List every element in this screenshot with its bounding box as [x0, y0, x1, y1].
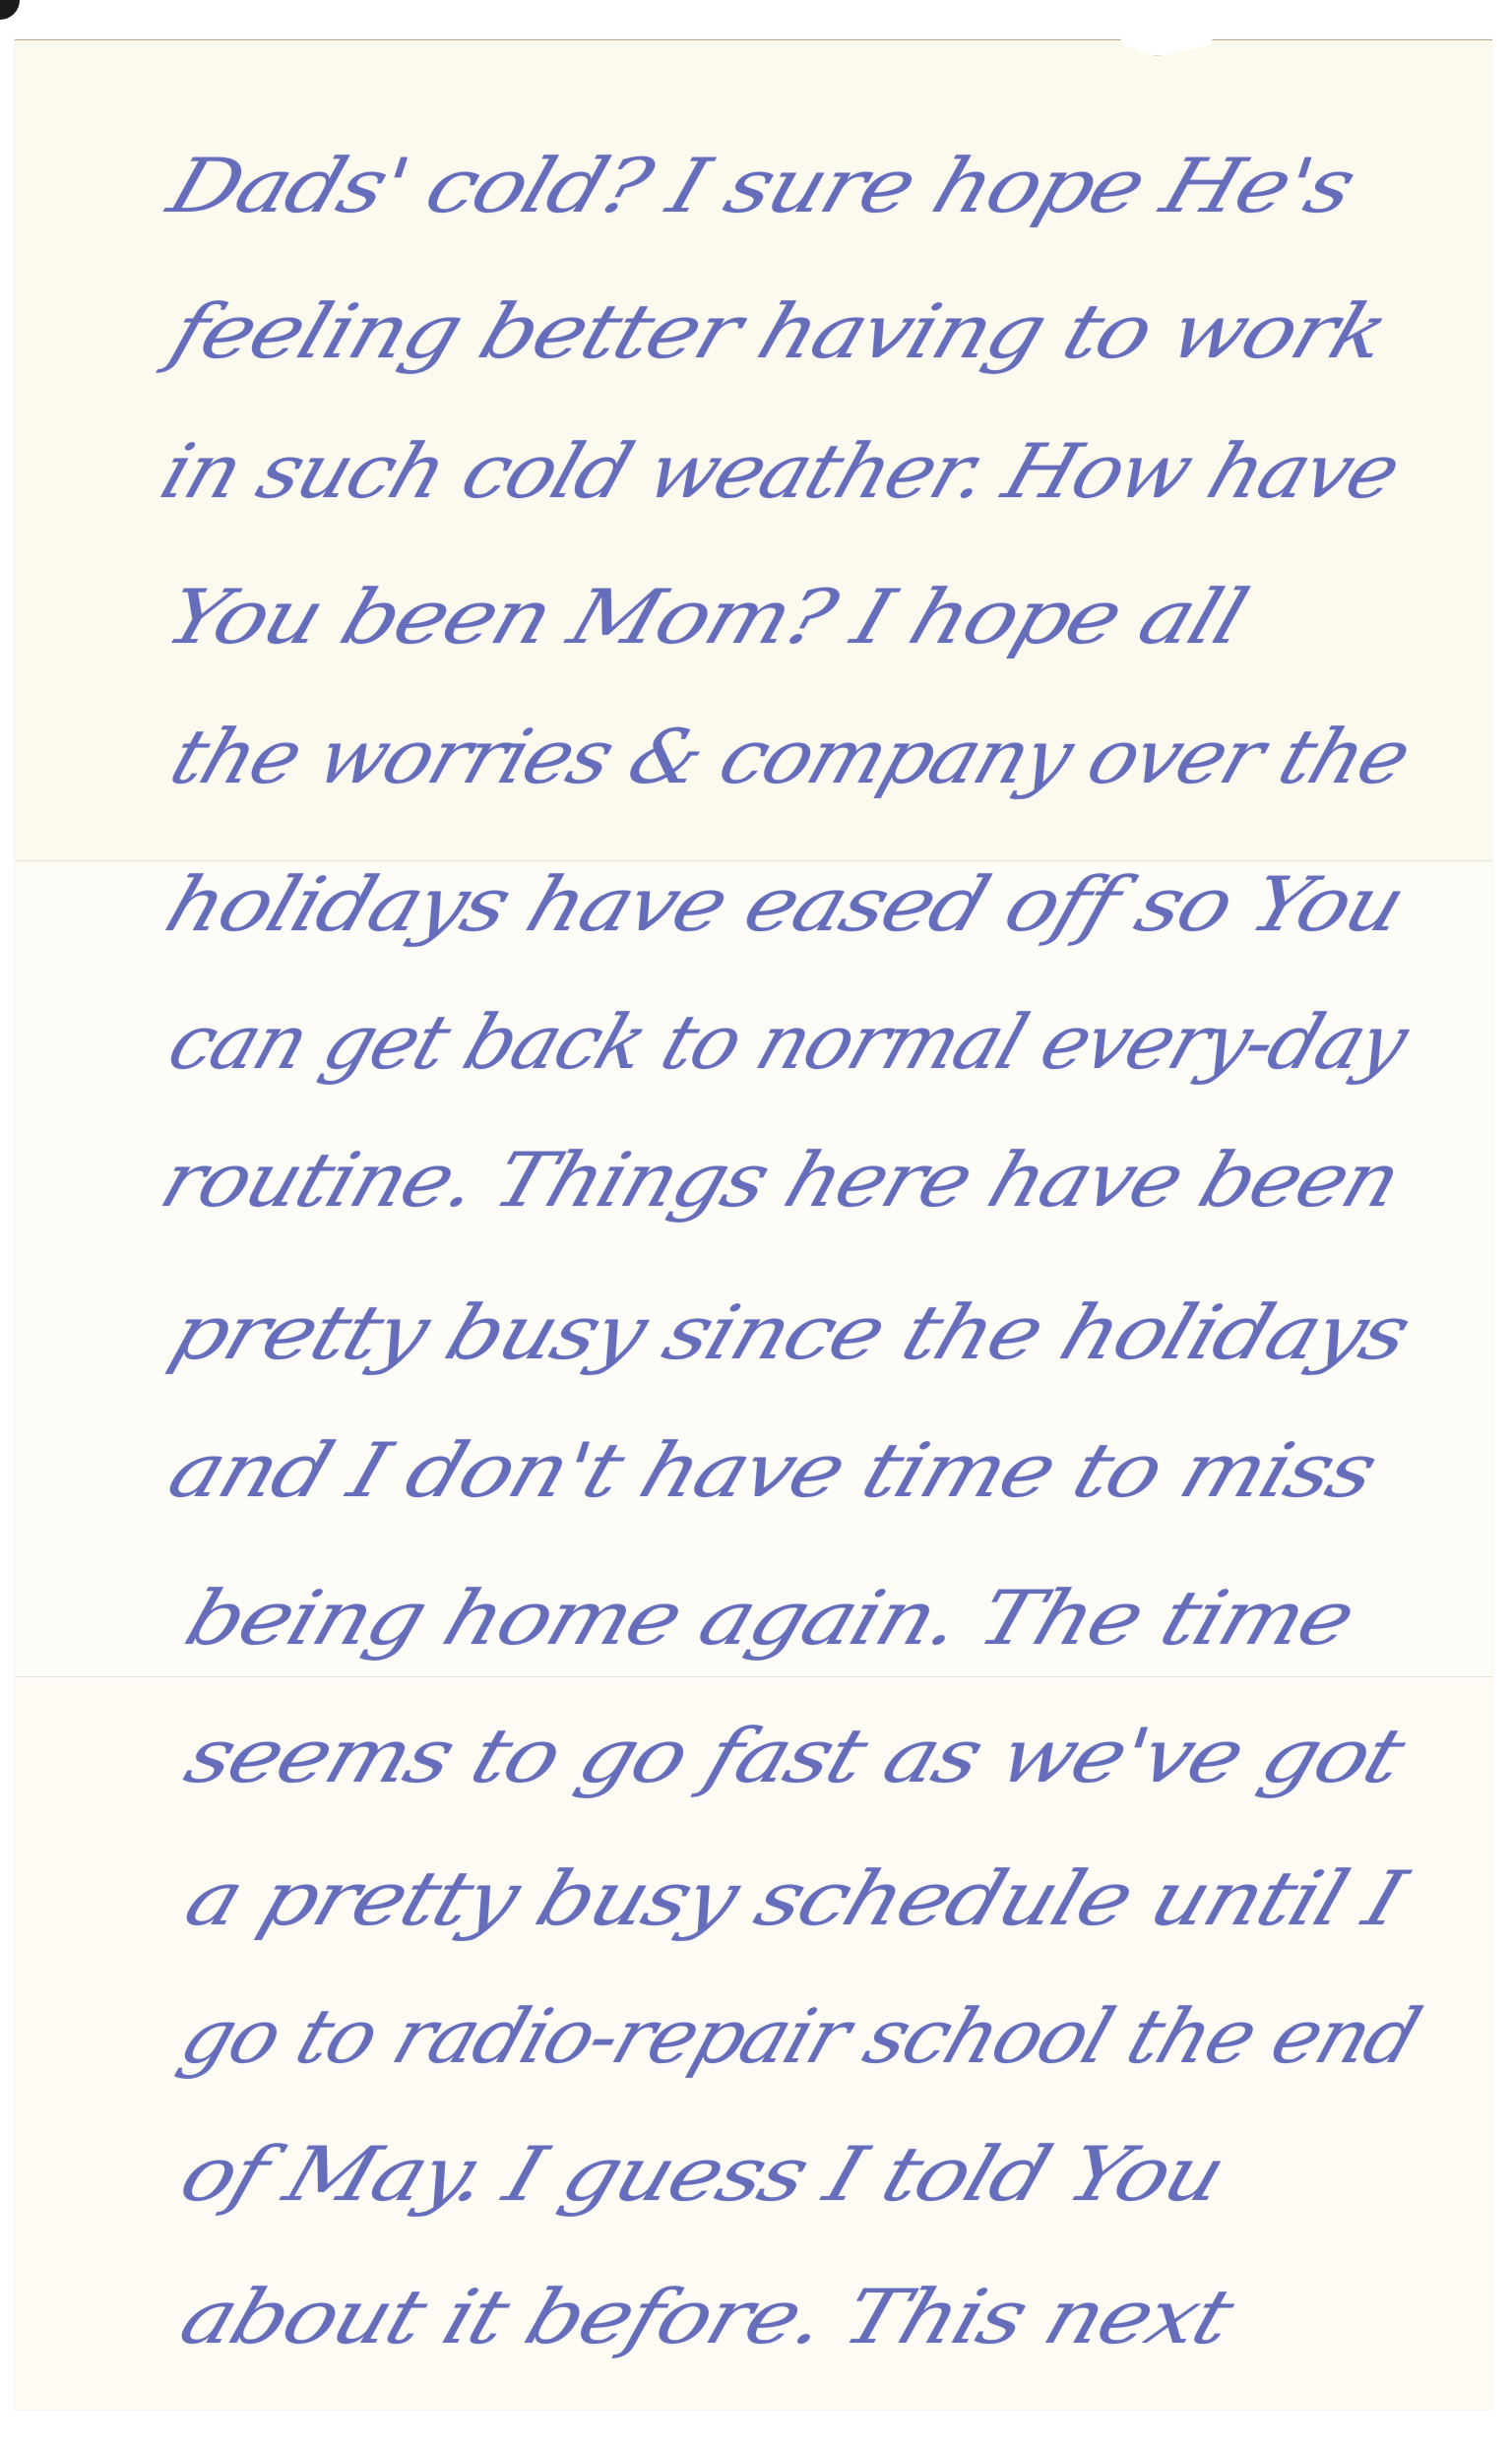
handwritten-line: and I don't have time to miss	[160, 1433, 1384, 1508]
scan-corner-shadow	[0, 0, 20, 20]
handwritten-line: go to radio-repair school the end	[172, 1999, 1427, 2074]
handwritten-line: being home again. The time	[177, 1581, 1362, 1656]
letter-page: Dads' cold? I sure hope He's feeling bet…	[15, 39, 1492, 2410]
handwritten-line: of May. I guess I told You	[172, 2137, 1232, 2212]
handwritten-line: in such cold weather. How have	[153, 434, 1408, 509]
handwritten-line: Dads' cold? I sure hope He's	[160, 149, 1362, 223]
handwritten-line: You been Mom? I hope all	[157, 580, 1254, 655]
handwritten-line: routine. Things here have been	[153, 1143, 1408, 1218]
handwritten-line: holidays have eased off so You	[157, 867, 1413, 942]
handwritten-line: the worries & company over the	[162, 720, 1417, 794]
handwritten-line: about it before. This next	[172, 2280, 1240, 2354]
handwritten-line: a pretty busy schedule until I	[177, 1861, 1412, 1936]
fold-crease-lower	[15, 1676, 1492, 1678]
paper-middle-panel	[15, 861, 1492, 1677]
handwritten-line: pretty busy since the holidays	[162, 1295, 1417, 1370]
handwritten-line: can get back to normal every-day	[160, 1005, 1416, 1080]
handwritten-line: seems to go fast as we've got	[177, 1719, 1412, 1793]
handwritten-line: feeling better having to work	[162, 294, 1395, 369]
